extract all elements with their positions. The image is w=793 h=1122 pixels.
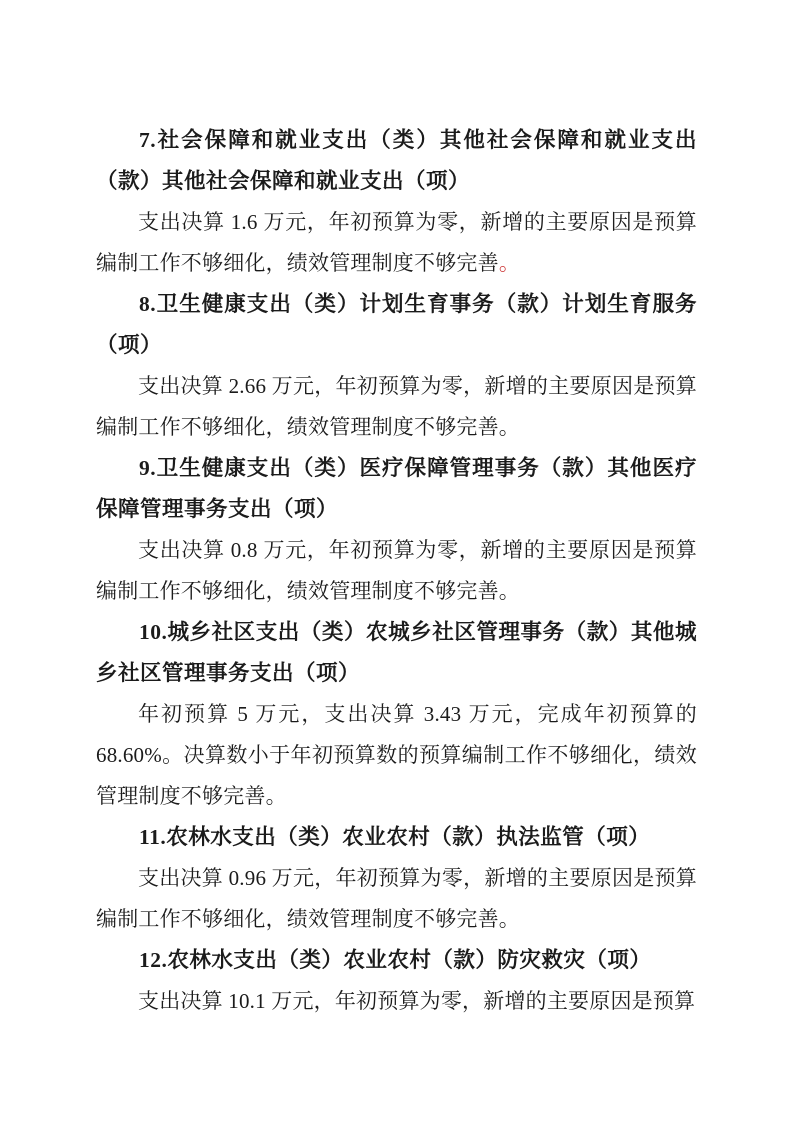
section-7-red-period: 。 [499, 251, 520, 275]
section-11-body-text: 支出决算 0.96 万元，年初预算为零，新增的主要原因是预算编制工作不够细化，绩… [96, 866, 697, 931]
budget-section-9: 9.卫生健康支出（类）医疗保障管理事务（款）其他医疗保障管理事务支出（项） 支出… [96, 448, 697, 612]
section-10-body: 年初预算 5 万元，支出决算 3.43 万元，完成年初预算的 68.60%。决算… [96, 694, 697, 817]
budget-section-8: 8.卫生健康支出（类）计划生育事务（款）计划生育服务（项） 支出决算 2.66 … [96, 284, 697, 448]
section-9-heading: 9.卫生健康支出（类）医疗保障管理事务（款）其他医疗保障管理事务支出（项） [96, 448, 697, 530]
document-content: 7.社会保障和就业支出（类）其他社会保障和就业支出（款）其他社会保障和就业支出（… [0, 0, 793, 1022]
section-9-body-text: 支出决算 0.8 万元，年初预算为零，新增的主要原因是预算编制工作不够细化，绩效… [96, 538, 697, 603]
budget-section-12: 12.农林水支出（类）农业农村（款）防灾救灾（项） 支出决算 10.1 万元，年… [96, 940, 697, 1022]
section-10-body-text: 年初预算 5 万元，支出决算 3.43 万元，完成年初预算的 68.60%。决算… [96, 702, 697, 808]
section-10-heading: 10.城乡社区支出（类）农城乡社区管理事务（款）其他城乡社区管理事务支出（项） [96, 612, 697, 694]
budget-section-7: 7.社会保障和就业支出（类）其他社会保障和就业支出（款）其他社会保障和就业支出（… [96, 120, 697, 284]
section-8-heading: 8.卫生健康支出（类）计划生育事务（款）计划生育服务（项） [96, 284, 697, 366]
section-7-body-text: 支出决算 1.6 万元，年初预算为零，新增的主要原因是预算编制工作不够细化，绩效… [96, 210, 697, 275]
section-12-body-text: 支出决算 10.1 万元，年初预算为零，新增的主要原因是预算 [138, 989, 695, 1013]
section-7-body: 支出决算 1.6 万元，年初预算为零，新增的主要原因是预算编制工作不够细化，绩效… [96, 202, 697, 284]
section-12-heading: 12.农林水支出（类）农业农村（款）防灾救灾（项） [96, 940, 697, 981]
document-page: 7.社会保障和就业支出（类）其他社会保障和就业支出（款）其他社会保障和就业支出（… [0, 0, 793, 1122]
section-11-body: 支出决算 0.96 万元，年初预算为零，新增的主要原因是预算编制工作不够细化，绩… [96, 858, 697, 940]
section-11-heading: 11.农林水支出（类）农业农村（款）执法监管（项） [96, 817, 697, 858]
section-12-body: 支出决算 10.1 万元，年初预算为零，新增的主要原因是预算 [96, 981, 697, 1022]
section-8-body: 支出决算 2.66 万元，年初预算为零，新增的主要原因是预算编制工作不够细化，绩… [96, 366, 697, 448]
section-7-heading: 7.社会保障和就业支出（类）其他社会保障和就业支出（款）其他社会保障和就业支出（… [96, 120, 697, 202]
section-8-body-text: 支出决算 2.66 万元，年初预算为零，新增的主要原因是预算编制工作不够细化，绩… [96, 374, 697, 439]
section-9-body: 支出决算 0.8 万元，年初预算为零，新增的主要原因是预算编制工作不够细化，绩效… [96, 530, 697, 612]
budget-section-10: 10.城乡社区支出（类）农城乡社区管理事务（款）其他城乡社区管理事务支出（项） … [96, 612, 697, 817]
budget-section-11: 11.农林水支出（类）农业农村（款）执法监管（项） 支出决算 0.96 万元，年… [96, 817, 697, 940]
